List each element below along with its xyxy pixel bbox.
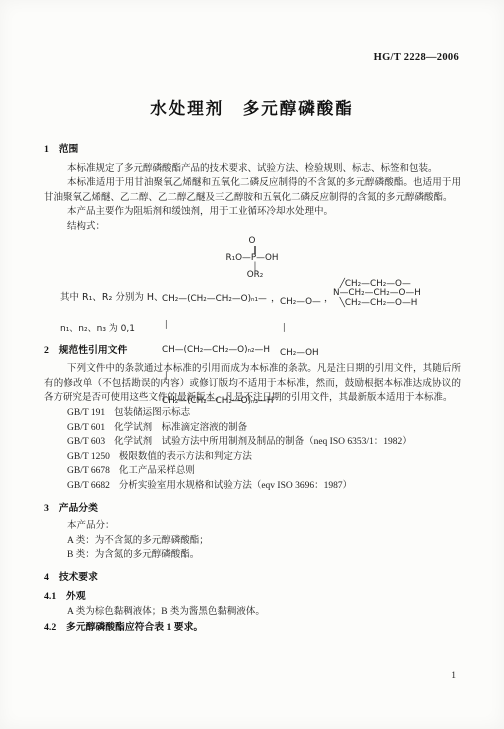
structure-line: CH—(CH₂—CH₂—O)ₙ₂—H xyxy=(162,346,273,355)
normative-reference: GB/T 6682 分析实验室用水规格和试验方法（eqv ISO 3696：19… xyxy=(44,479,461,494)
document-page: HG/T 2228—2006 水处理剂 多元醇磷酸酯 1 范围 本标准规定了多元… xyxy=(0,0,504,729)
classification-line: A 类：为不含氮的多元醇磷酸酯； xyxy=(44,534,461,549)
reference-code: GB/T 191 xyxy=(67,406,105,421)
structure-line: ╲CH₂—CH₂—O—H xyxy=(340,299,421,309)
document-body: 1 范围 本标准规定了多元醇磷酸酯产品的技术要求、试验方法、检验规则、标志、标签… xyxy=(44,140,461,635)
structure-line: CH₂—(CH₂—CH₂—O)ₙ₁— xyxy=(162,295,273,304)
standard-code: HG/T 2228—2006 xyxy=(374,52,459,63)
reference-code: GB/T 6682 xyxy=(67,479,110,494)
branch-text: CH₂—CH₂—O— xyxy=(345,279,411,289)
reference-title: 化学试剂 试验方法中所用制剂及制品的制备（neq ISO 6353/1：1982… xyxy=(114,435,412,450)
glycerol-ether-structure: CH₂—(CH₂—CH₂—O)ₙ₁— │ CH—(CH₂—CH₂—O)ₙ₂—H … xyxy=(162,277,273,424)
section-1-paragraph: 结构式： xyxy=(44,220,461,235)
section-3-heading: 3 产品分类 xyxy=(44,502,461,517)
normative-reference: GB/T 1250 极限数值的表示方法和判定方法 xyxy=(44,450,461,465)
section-1-paragraph: 本产品主要作为阻垢剂和缓蚀剂，用于工业循环冷却水处理中。 xyxy=(44,205,461,220)
vertical-bond: │ xyxy=(280,325,321,331)
chemical-structure-diagram: O ‖ R₁O—P—OH │ OR₂ 其中 R₁、R₂ 分别为 H、 CH₂—(… xyxy=(44,235,461,335)
page-number: 1 xyxy=(451,671,456,681)
section-1-paragraph: 本标准规定了多元醇磷酸酯产品的技术要求、试验方法、检验规则、标志、标签和包装。 xyxy=(44,162,461,177)
section-4-1-text: A 类为棕色黏稠液体；B 类为酱黑色黏稠液体。 xyxy=(44,605,461,620)
reference-title: 化工产品采样总则 xyxy=(119,464,195,479)
branch-text: CH₂—CH₂—O—H xyxy=(348,288,421,298)
phosphate-main-chain: R₁O—P—OH xyxy=(220,253,284,263)
reference-code: GB/T 1250 xyxy=(67,450,110,465)
reference-code: GB/T 6678 xyxy=(67,464,110,479)
single-bond: │ xyxy=(223,263,287,270)
structure-line: CH₂—(CH₂—CH₂—O)ₙ₃—H xyxy=(162,397,273,406)
normative-reference: GB/T 603 化学试剂 试验方法中所用制剂及制品的制备（neq ISO 63… xyxy=(44,435,461,450)
section-1-heading: 1 范围 xyxy=(44,143,461,158)
reference-code: GB/T 603 xyxy=(67,435,105,450)
double-bond: ‖ xyxy=(223,246,287,253)
section-1-paragraph: 本标准适用于用甘油聚氧乙烯醚和五氧化二磷反应制得的不含氮的多元醇磷酸酯。也适用于… xyxy=(44,176,461,205)
reference-code: GB/T 601 xyxy=(67,421,105,436)
classification-line: B 类：为含氮的多元醇磷酸酯。 xyxy=(44,548,461,563)
nitrogen-atom: N xyxy=(333,289,340,299)
vertical-bond: │ xyxy=(162,373,273,379)
subscript-values-note: n₁、n₂、n₃ 为 0,1 xyxy=(60,322,135,337)
vertical-bond: │ xyxy=(162,322,273,328)
glycol-structure: CH₂—O— │ CH₂—OH xyxy=(280,280,321,376)
section-4-1-heading: 4.1 外观 xyxy=(44,590,461,605)
classification-line: 本产品分： xyxy=(44,519,461,534)
reference-title: 分析实验室用水规格和试验方法（eqv ISO 3696：1987） xyxy=(119,479,352,494)
triethanolamine-structure: N ╱CH₂—CH₂—O— —CH₂—CH₂—O—H ╲CH₂—CH₂—O—H xyxy=(333,280,421,309)
phosphate-oxygen: O xyxy=(220,236,284,246)
section-4-2-heading: 4.2 多元醇磷酸酯应符合表 1 要求。 xyxy=(44,621,461,636)
structure-line: CH₂—O— xyxy=(280,298,321,307)
section-4-heading: 4 技术要求 xyxy=(44,571,461,586)
document-title: 水处理剂 多元醇磷酸酯 xyxy=(0,95,504,119)
reference-title: 极限数值的表示方法和判定方法 xyxy=(119,450,252,465)
amine-branches: ╱CH₂—CH₂—O— —CH₂—CH₂—O—H ╲CH₂—CH₂—O—H xyxy=(340,280,421,309)
normative-reference: GB/T 6678 化工产品采样总则 xyxy=(44,464,461,479)
branch-text: CH₂—CH₂—O—H xyxy=(345,298,418,308)
substituent-definition-label: 其中 R₁、R₂ 分别为 H、 xyxy=(60,291,164,306)
structure-line: CH₂—OH xyxy=(280,349,321,358)
phosphate-group-structure: O ‖ R₁O—P—OH │ OR₂ xyxy=(220,236,284,280)
